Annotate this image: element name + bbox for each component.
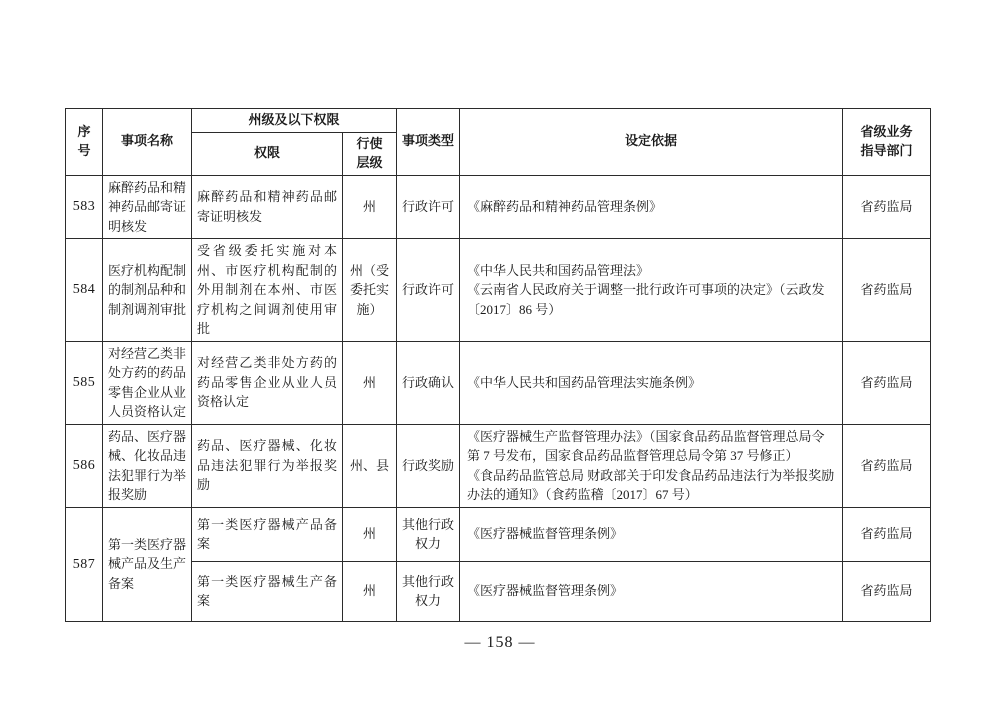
cell-legal-basis: 《医疗器械监督管理条例》 (460, 561, 843, 621)
cell-seq: 583 (66, 175, 103, 239)
cell-exercise-level: 州 (343, 507, 397, 561)
cell-item-name: 药品、医疗器械、化妆品违法犯罪行为举报奖励 (103, 424, 192, 507)
header-exercise-level: 行使 层级 (343, 133, 397, 176)
table-row: 585 对经营乙类非处方药的药品零售企业从业人员资格认定 对经营乙类非处方药的药… (66, 341, 931, 424)
document-page: 序 号 事项名称 州级及以下权限 事项类型 设定依据 省级业务 指导部门 权限 … (0, 0, 1000, 707)
cell-authority: 第一类医疗器械产品备案 (192, 507, 343, 561)
cell-guidance-dept: 省药监局 (843, 507, 931, 561)
table-row: 587 第一类医疗器械产品及生产备案 第一类医疗器械产品备案 州 其他行政权力 … (66, 507, 931, 561)
cell-seq: 586 (66, 424, 103, 507)
cell-guidance-dept: 省药监局 (843, 561, 931, 621)
cell-exercise-level: 州 (343, 341, 397, 424)
table-row: 586 药品、医疗器械、化妆品违法犯罪行为举报奖励 药品、医疗器械、化妆品违法犯… (66, 424, 931, 507)
cell-item-type: 行政确认 (397, 341, 460, 424)
cell-legal-basis: 《医疗器械监督管理条例》 (460, 507, 843, 561)
header-row-1: 序 号 事项名称 州级及以下权限 事项类型 设定依据 省级业务 指导部门 (66, 109, 931, 133)
cell-item-name: 麻醉药品和精神药品邮寄证明核发 (103, 175, 192, 239)
cell-exercise-level: 州（受委托实施） (343, 239, 397, 342)
authority-table: 序 号 事项名称 州级及以下权限 事项类型 设定依据 省级业务 指导部门 权限 … (65, 108, 931, 622)
table-row: 584 医疗机构配制的制剂品种和制剂调剂审批 受省级委托实施对本州、市医疗机构配… (66, 239, 931, 342)
table-row: 第一类医疗器械生产备案 州 其他行政权力 《医疗器械监督管理条例》 省药监局 (66, 561, 931, 621)
cell-authority: 对经营乙类非处方药的药品零售企业从业人员资格认定 (192, 341, 343, 424)
cell-guidance-dept: 省药监局 (843, 239, 931, 342)
cell-authority: 药品、医疗器械、化妆品违法犯罪行为举报奖励 (192, 424, 343, 507)
cell-seq: 584 (66, 239, 103, 342)
cell-exercise-level: 州 (343, 561, 397, 621)
cell-exercise-level: 州 (343, 175, 397, 239)
header-authority: 权限 (192, 133, 343, 176)
cell-seq: 587 (66, 507, 103, 621)
table-row: 583 麻醉药品和精神药品邮寄证明核发 麻醉药品和精神药品邮寄证明核发 州 行政… (66, 175, 931, 239)
cell-legal-basis: 《麻醉药品和精神药品管理条例》 (460, 175, 843, 239)
cell-item-name: 对经营乙类非处方药的药品零售企业从业人员资格认定 (103, 341, 192, 424)
cell-item-type: 行政许可 (397, 239, 460, 342)
header-guidance-dept: 省级业务 指导部门 (843, 109, 931, 176)
cell-legal-basis: 《医疗器械生产监督管理办法》（国家食品药品监督管理总局令第 7 号发布，国家食品… (460, 424, 843, 507)
cell-item-name: 医疗机构配制的制剂品种和制剂调剂审批 (103, 239, 192, 342)
cell-authority: 受省级委托实施对本州、市医疗机构配制的外用制剂在本州、市医疗机构之间调剂使用审批 (192, 239, 343, 342)
header-prefecture-group: 州级及以下权限 (192, 109, 397, 133)
header-legal-basis: 设定依据 (460, 109, 843, 176)
header-item-name: 事项名称 (103, 109, 192, 176)
header-seq: 序 号 (66, 109, 103, 176)
cell-authority: 第一类医疗器械生产备案 (192, 561, 343, 621)
cell-authority: 麻醉药品和精神药品邮寄证明核发 (192, 175, 343, 239)
header-item-type: 事项类型 (397, 109, 460, 176)
cell-guidance-dept: 省药监局 (843, 341, 931, 424)
authority-table-container: 序 号 事项名称 州级及以下权限 事项类型 设定依据 省级业务 指导部门 权限 … (65, 108, 931, 622)
cell-seq: 585 (66, 341, 103, 424)
cell-item-type: 行政许可 (397, 175, 460, 239)
cell-item-type: 行政奖励 (397, 424, 460, 507)
cell-legal-basis: 《中华人民共和国药品管理法实施条例》 (460, 341, 843, 424)
cell-guidance-dept: 省药监局 (843, 424, 931, 507)
cell-legal-basis: 《中华人民共和国药品管理法》 《云南省人民政府关于调整一批行政许可事项的决定》（… (460, 239, 843, 342)
cell-item-type: 其他行政权力 (397, 561, 460, 621)
page-number: — 158 — (0, 634, 1000, 652)
cell-item-type: 其他行政权力 (397, 507, 460, 561)
cell-exercise-level: 州、县 (343, 424, 397, 507)
cell-guidance-dept: 省药监局 (843, 175, 931, 239)
cell-item-name: 第一类医疗器械产品及生产备案 (103, 507, 192, 621)
